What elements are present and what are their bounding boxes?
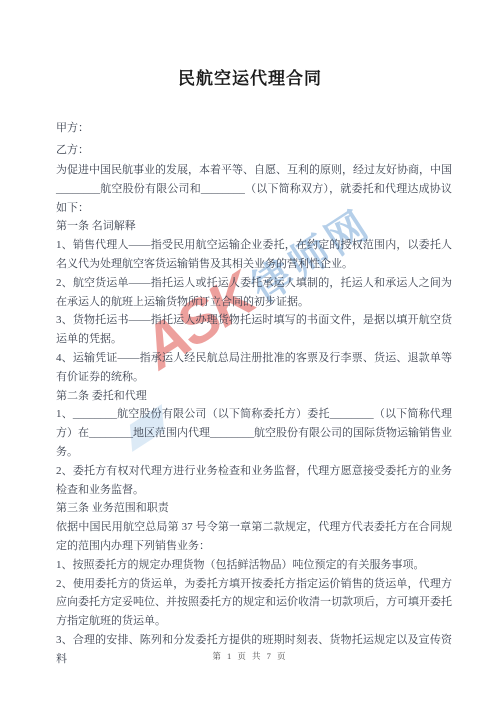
contract-paragraph: 1、________航空股份有限公司（以下简称委托方）委托________（以下… (56, 405, 452, 461)
contract-paragraph: 3、货物托运书——指托运人办理货物托运时填写的书面文件，是据以填开航空货运单的凭… (56, 311, 452, 349)
contract-paragraphs: 为促进中国民航事业的发展，本着平等、自愿、互利的原则，经过友好协商，中国____… (56, 161, 452, 669)
contract-paragraph: 1、销售代理人——指受民用航空运输企业委托，在约定的授权范围内，以委托人名义代为… (56, 236, 452, 274)
contract-paragraph: 2、使用委托方的货运单，为委托方填开按委托方指定运价销售的货运单，代理方应向委托… (56, 575, 452, 631)
document-title: 民航空运代理合同 (0, 64, 500, 89)
contract-paragraph: 2、航空货运单——指托运人或托运人委托承运人填制的，托运人和承运人之间为在承运人… (56, 274, 452, 312)
contract-paragraph: 1、按照委托方的规定办理货物（包括鲜活物品）吨位预定的有关服务事项。 (56, 556, 452, 575)
contract-body: 甲方： 乙方： 为促进中国民航事业的发展，本着平等、自愿、互利的原则，经过友好协… (56, 117, 452, 669)
contract-paragraph: 依据中国民用航空总局第 37 号令第一章第二款规定，代理方代表委托方在合同规定的… (56, 518, 452, 556)
party-b-label: 乙方： (56, 139, 452, 161)
contract-paragraph: 4、运输凭证——指承运人经民航总局注册批准的客票及行李票、货运、退款单等有价证券… (56, 349, 452, 387)
section-heading: 第二条 委托和代理 (56, 387, 452, 406)
contract-paragraph: 2、委托方有权对代理方进行业务检查和业务监督，代理方愿意接受委托方的业务检查和业… (56, 462, 452, 500)
contract-paragraph: 为促进中国民航事业的发展，本着平等、自愿、互利的原则，经过友好协商，中国____… (56, 161, 452, 217)
contract-document-page: ASK 律师网 民航空运代理合同 甲方： 乙方： 为促进中国民航事业的发展，本着… (0, 0, 500, 706)
party-a-label: 甲方： (56, 117, 452, 139)
page-number-footer: 第 1 页 共 7 页 (0, 650, 500, 662)
section-heading: 第三条 业务范围和职责 (56, 499, 452, 518)
section-heading: 第一条 名词解释 (56, 217, 452, 236)
